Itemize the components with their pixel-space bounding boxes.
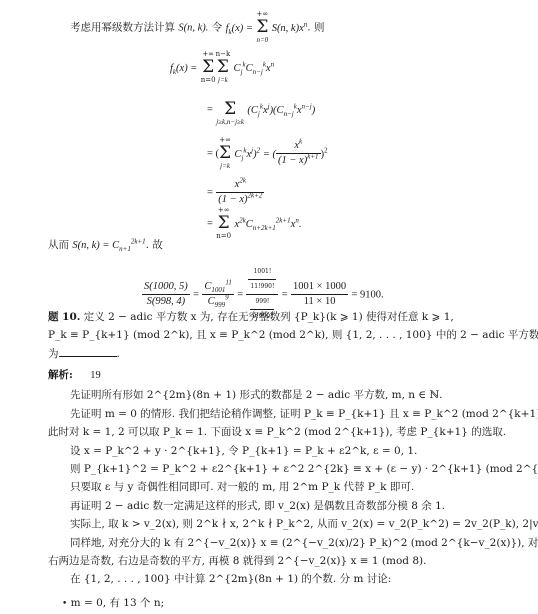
derivation-line-4: = x2k (1 − x)2k+2 <box>207 178 264 207</box>
problem-label: 题 10. <box>48 311 80 323</box>
derivation-body-1: CjkCn−jkxn <box>234 63 275 74</box>
derivation-sum-2: Σ j≥k,n−j≥k <box>216 92 244 127</box>
solution-label: 解析: <box>48 369 73 381</box>
derivation-sum-5: +∞ Σ n=0 <box>216 206 231 241</box>
derivation-sum-3: +∞ Σ j=k <box>219 136 231 171</box>
bullet-text: m = 0, 有 13 个 n; <box>71 597 164 609</box>
derivation-frac-4: x2k (1 − x)2k+2 <box>216 178 264 207</box>
conclusion-formula: S(n, k) = Cn+12k+1 <box>72 240 145 251</box>
bullet-icon: • <box>62 599 67 609</box>
intro-let: 令 <box>212 22 223 34</box>
derivation-body-2: (Cjkxj)(Cn−jkxn−j) <box>247 105 315 116</box>
intro-then: . 则 <box>307 22 324 34</box>
conclusion-text: 从而 <box>48 239 69 251</box>
intro-snk: S(n, k). <box>178 23 208 34</box>
conclusion-line: 从而 S(n, k) = Cn+12k+1. 故 <box>48 238 163 253</box>
intro-sum: +∞ Σ n=0 <box>256 10 268 45</box>
solution-line-6: 只要取 ε 与 y 奇偶性相同即可. 对一般的 m, 用 2^m P_k 代替 … <box>70 480 414 494</box>
derivation-line-2: = Σ j≥k,n−j≥k (Cjkxj)(Cn−jkxn−j) <box>207 92 315 127</box>
ratio-product: 1001 × 1000 11 × 10 <box>291 280 348 309</box>
intro-text: 考虑用幂级数方法计算 <box>70 22 175 34</box>
problem-line-2: P_k ≡ P_{k+1} (mod 2^k), 且 x ≡ P_k^2 (mo… <box>48 328 538 342</box>
derivation-sum-n: +∞ Σ n=0 <box>201 50 216 85</box>
solution-line-7: 再证明 2 − adic 数一定满足这样的形式, 即 v_2(x) 是偶数且奇数… <box>70 499 445 513</box>
solution-header: 解析: 19 <box>48 368 101 383</box>
derivation-frac-3: xk (1 − x)k+1 <box>276 139 321 168</box>
problem-text-2: P_k ≡ P_{k+1} (mod 2^k), 且 x ≡ P_k^2 (mo… <box>48 329 538 341</box>
solution-line-11: 在 {1, 2, . . . , 100} 中计算 2^{2m}(8n + 1)… <box>70 572 391 586</box>
solution-line-2: 先证明 m = 0 的情形. 我们把结论稍作调整, 证明 P_k ≡ P_{k+… <box>70 407 538 421</box>
problem-text-1: 定义 2 − adic 平方数 x 为, 存在无穷整数列 {P_k}(k ⩾ 1… <box>84 311 454 323</box>
ratio-binomials: C100111 C9999 <box>202 280 234 309</box>
problem-prefix: 为 <box>48 348 59 360</box>
solution-line-4: 设 x = P_k^2 + y · 2^{k+1}, 令 P_{k+1} = P… <box>70 444 417 458</box>
answer-blank <box>59 346 117 357</box>
intro-term: S(n, k)xn <box>272 23 308 34</box>
derivation-body-5: x2kCn+2k+12k+1xn. <box>234 219 301 230</box>
solution-line-3: 此时对 k = 1, 2 可以取 P_k = 1. 下面设 x ≡ P_k^2 … <box>48 425 506 439</box>
derivation-line-3: = ( +∞ Σ j=k Cjkxj)2 = ( xk (1 − x)k+1 )… <box>207 136 328 171</box>
intro-line: 考虑用幂级数方法计算 S(n, k). 令 fk(x) = +∞ Σ n=0 S… <box>70 10 324 45</box>
problem-line-3: 为. <box>48 346 120 361</box>
ratio-result: = 9100. <box>352 290 384 301</box>
conclusion-therefore: . 故 <box>146 239 163 251</box>
solution-line-1: 先证明所有形如 2^{2m}(8n + 1) 形式的数都是 2 − adic 平… <box>70 388 442 402</box>
problem-line-1: 题 10. 定义 2 − adic 平方数 x 为, 存在无穷整数列 {P_k}… <box>48 310 454 324</box>
derivation-line-1: fk(x) = +∞ Σ n=0 n−k Σ j=k CjkCn−jkxn <box>170 50 274 85</box>
intro-fk: fk(x) = <box>226 23 253 34</box>
solution-bullet-1: • m = 0, 有 13 个 n; <box>62 596 164 611</box>
solution-line-5: 则 P_{k+1}^2 = P_k^2 + ε2^{k+1} + ε^2 2^{… <box>70 462 538 476</box>
solution-line-10: 右两边是奇数, 右边是奇数的平方, 再模 8 就得到 2^{−v_2(x)} x… <box>48 554 426 568</box>
solution-line-9: 同样地, 对充分大的 k 有 2^{−v_2(x)} x ≡ (2^{−v_2(… <box>70 536 538 550</box>
solution-line-8: 实际上, 取 k > v_2(x), 则 2^k ∤ x, 2^k ∤ P_k^… <box>70 517 538 531</box>
derivation-lhs: fk(x) = <box>170 63 197 74</box>
ratio-lhs: S(1000, 5) S(998, 4) <box>142 280 190 309</box>
derivation-line-5: = +∞ Σ n=0 x2kCn+2k+12k+1xn. <box>207 206 301 241</box>
derivation-sum-j: n−k Σ j=k <box>216 50 231 85</box>
solution-answer: 19 <box>90 370 101 381</box>
